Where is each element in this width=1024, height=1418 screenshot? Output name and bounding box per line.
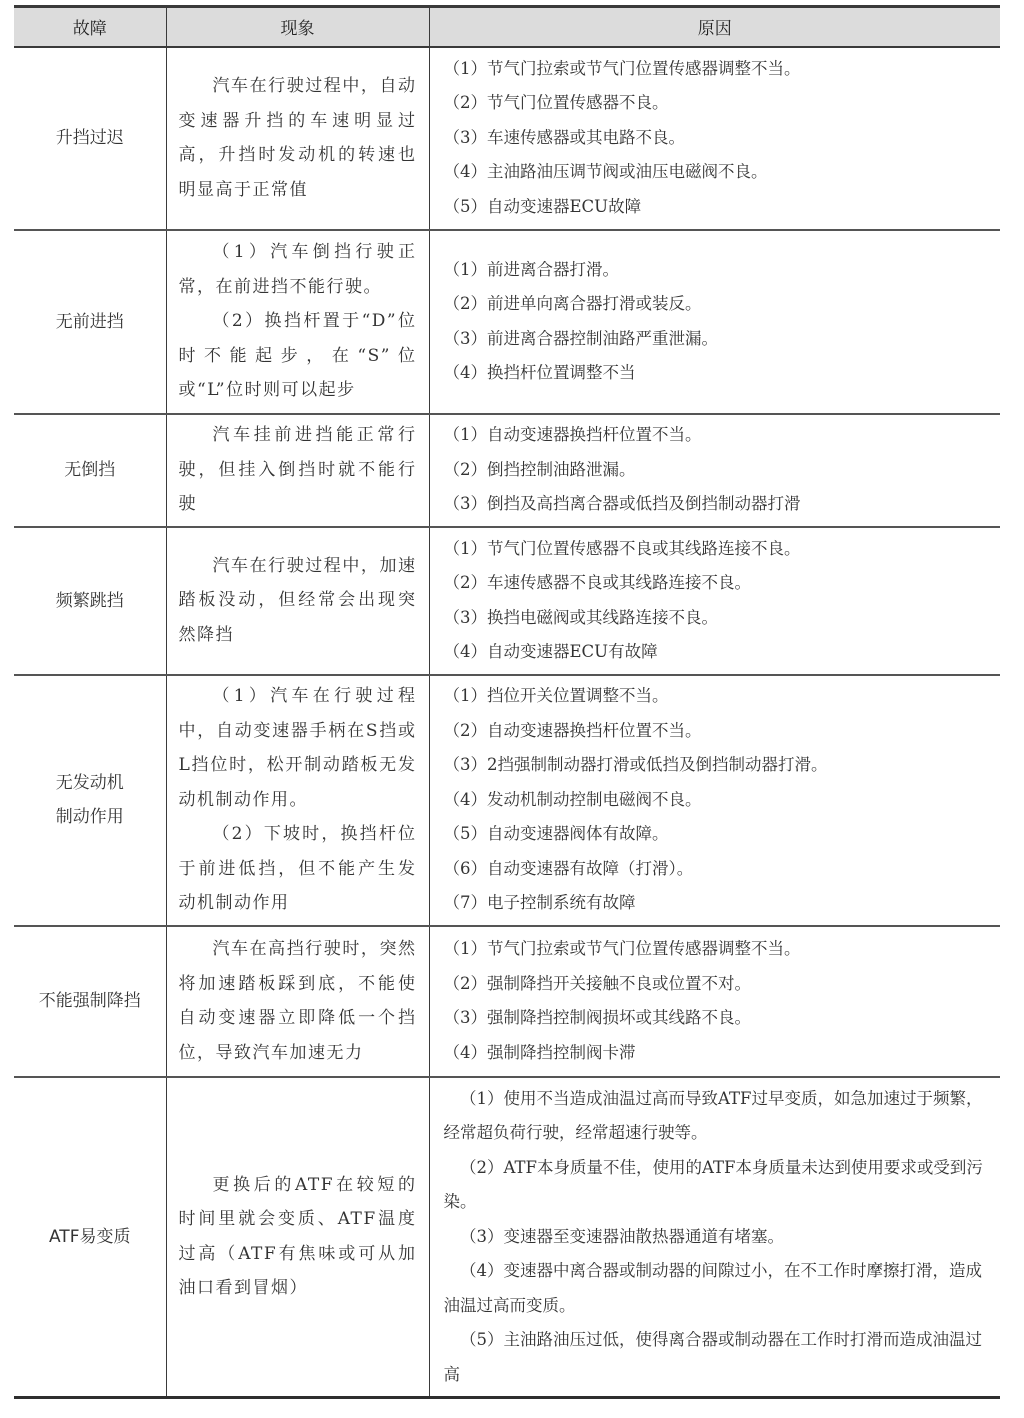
cause-cell: （1）挡位开关位置调整不当。 （2）自动变速器换挡杆位置不当。 （3）2挡强制制… [429,675,1000,926]
cause-item: （4）自动变速器ECU有故障 [444,635,991,670]
cause-item: （1）节气门位置传感器不良或其线路连接不良。 [444,532,991,567]
cause-item: （5）主油路油压过低，使得离合器或制动器在工作时打滑而造成油温过高 [444,1323,991,1392]
symptom-text: （2）下坡时，换挡杆位于前进低挡，但不能产生发动机制动作用 [179,817,417,921]
cause-item: （1）节气门拉索或节气门位置传感器调整不当。 [444,932,991,967]
table-row: 无倒挡 汽车挂前进挡能正常行驶，但挂入倒挡时就不能行驶 （1）自动变速器换挡杆位… [14,414,1000,527]
symptom-cell: （1）汽车在行驶过程中，自动变速器手柄在S挡或L挡位时，松开制动踏板无发动机制动… [166,675,429,926]
cause-item: （3）前进离合器控制油路严重泄漏。 [444,322,991,357]
symptom-text: 汽车挂前进挡能正常行驶，但挂入倒挡时就不能行驶 [179,418,417,522]
symptom-text: （1）汽车在行驶过程中，自动变速器手柄在S挡或L挡位时，松开制动踏板无发动机制动… [179,679,417,817]
fault-name: 频繁跳挡 [14,527,166,675]
table-row: 不能强制降挡 汽车在高挡行驶时，突然将加速踏板踩到底，不能使自动变速器立即降低一… [14,926,1000,1077]
cause-item: （4）强制降挡控制阀卡滞 [444,1036,991,1071]
cause-cell: （1）前进离合器打滑。 （2）前进单向离合器打滑或装反。 （3）前进离合器控制油… [429,230,1000,414]
cause-item: （1）挡位开关位置调整不当。 [444,679,991,714]
symptom-cell: 汽车挂前进挡能正常行驶，但挂入倒挡时就不能行驶 [166,414,429,527]
table-row: ATF易变质 更换后的ATF在较短的时间里就会变质、ATF温度过高（ATF有焦味… [14,1077,1000,1398]
fault-name: 不能强制降挡 [14,926,166,1077]
fault-diagnosis-table-container: 故障 现象 原因 升挡过迟 汽车在行驶过程中，自动变速器升挡的车速明显过高，升挡… [14,5,1000,1399]
cause-item: （2）ATF本身质量不佳，使用的ATF本身质量未达到使用要求或受到污染。 [444,1151,991,1220]
symptom-cell: 汽车在行驶过程中，自动变速器升挡的车速明显过高，升挡时发动机的转速也明显高于正常… [166,47,429,230]
cause-item: （5）自动变速器阀体有故障。 [444,817,991,852]
header-fault: 故障 [14,7,166,47]
symptom-text: 汽车在高挡行驶时，突然将加速踏板踩到底，不能使自动变速器立即降低一个挡位，导致汽… [179,932,417,1070]
cause-item: （2）节气门位置传感器不良。 [444,86,991,121]
fault-name: 无发动机 制动作用 [14,675,166,926]
cause-item: （2）倒挡控制油路泄漏。 [444,453,991,488]
cause-item: （1）自动变速器换挡杆位置不当。 [444,418,991,453]
table-row: 无前进挡 （1）汽车倒挡行驶正常，在前进挡不能行驶。 （2）换挡杆置于“D”位时… [14,230,1000,414]
symptom-cell: 更换后的ATF在较短的时间里就会变质、ATF温度过高（ATF有焦味或可从加油口看… [166,1077,429,1398]
cause-item: （6）自动变速器有故障（打滑）。 [444,852,991,887]
cause-item: （1）前进离合器打滑。 [444,253,991,288]
table-header-row: 故障 现象 原因 [14,7,1000,47]
cause-item: （2）前进单向离合器打滑或装反。 [444,287,991,322]
fault-name: 无倒挡 [14,414,166,527]
symptom-cell: 汽车在行驶过程中，加速踏板没动，但经常会出现突然降挡 [166,527,429,675]
symptom-cell: 汽车在高挡行驶时，突然将加速踏板踩到底，不能使自动变速器立即降低一个挡位，导致汽… [166,926,429,1077]
symptom-text: （1）汽车倒挡行驶正常，在前进挡不能行驶。 [179,235,417,304]
cause-cell: （1）节气门拉索或节气门位置传感器调整不当。 （2）节气门位置传感器不良。 （3… [429,47,1000,230]
fault-diagnosis-table: 故障 现象 原因 升挡过迟 汽车在行驶过程中，自动变速器升挡的车速明显过高，升挡… [14,5,1000,1399]
cause-item: （3）变速器至变速器油散热器通道有堵塞。 [444,1220,991,1255]
cause-item: （4）发动机制动控制电磁阀不良。 [444,783,991,818]
symptom-text: 更换后的ATF在较短的时间里就会变质、ATF温度过高（ATF有焦味或可从加油口看… [179,1168,417,1306]
symptom-text: 汽车在行驶过程中，自动变速器升挡的车速明显过高，升挡时发动机的转速也明显高于正常… [179,69,417,207]
cause-item: （3）强制降挡控制阀损坏或其线路不良。 [444,1001,991,1036]
cause-item: （4）换挡杆位置调整不当 [444,356,991,391]
table-row: 频繁跳挡 汽车在行驶过程中，加速踏板没动，但经常会出现突然降挡 （1）节气门位置… [14,527,1000,675]
fault-name-line: 无发动机 [14,766,166,800]
table-row: 升挡过迟 汽车在行驶过程中，自动变速器升挡的车速明显过高，升挡时发动机的转速也明… [14,47,1000,230]
symptom-cell: （1）汽车倒挡行驶正常，在前进挡不能行驶。 （2）换挡杆置于“D”位时不能起步，… [166,230,429,414]
symptom-text: （2）换挡杆置于“D”位时不能起步，在“S”位或“L”位时则可以起步 [179,304,417,408]
fault-name: 无前进挡 [14,230,166,414]
cause-item: （4）主油路油压调节阀或油压电磁阀不良。 [444,155,991,190]
cause-item: （1）节气门拉索或节气门位置传感器调整不当。 [444,52,991,87]
cause-cell: （1）自动变速器换挡杆位置不当。 （2）倒挡控制油路泄漏。 （3）倒挡及高挡离合… [429,414,1000,527]
fault-name-line: 制动作用 [14,800,166,834]
header-symptom: 现象 [166,7,429,47]
cause-cell: （1）节气门拉索或节气门位置传感器调整不当。 （2）强制降挡开关接触不良或位置不… [429,926,1000,1077]
header-cause: 原因 [429,7,1000,47]
cause-item: （4）变速器中离合器或制动器的间隙过小，在不工作时摩擦打滑，造成油温过高而变质。 [444,1254,991,1323]
cause-item: （3）换挡电磁阀或其线路连接不良。 [444,601,991,636]
cause-item: （2）强制降挡开关接触不良或位置不对。 [444,967,991,1002]
cause-cell: （1）节气门位置传感器不良或其线路连接不良。 （2）车速传感器不良或其线路连接不… [429,527,1000,675]
fault-name: 升挡过迟 [14,47,166,230]
symptom-text: 汽车在行驶过程中，加速踏板没动，但经常会出现突然降挡 [179,549,417,653]
fault-name: ATF易变质 [14,1077,166,1398]
table-row: 无发动机 制动作用 （1）汽车在行驶过程中，自动变速器手柄在S挡或L挡位时，松开… [14,675,1000,926]
cause-item: （7）电子控制系统有故障 [444,886,991,921]
cause-item: （3）2挡强制制动器打滑或低挡及倒挡制动器打滑。 [444,748,991,783]
cause-item: （3）倒挡及高挡离合器或低挡及倒挡制动器打滑 [444,487,991,522]
cause-item: （2）自动变速器换挡杆位置不当。 [444,714,991,749]
cause-item: （5）自动变速器ECU故障 [444,190,991,225]
cause-item: （2）车速传感器不良或其线路连接不良。 [444,566,991,601]
cause-cell: （1）使用不当造成油温过高而导致ATF过早变质，如急加速过于频繁，经常超负荷行驶… [429,1077,1000,1398]
cause-item: （1）使用不当造成油温过高而导致ATF过早变质，如急加速过于频繁，经常超负荷行驶… [444,1082,991,1151]
cause-item: （3）车速传感器或其电路不良。 [444,121,991,156]
